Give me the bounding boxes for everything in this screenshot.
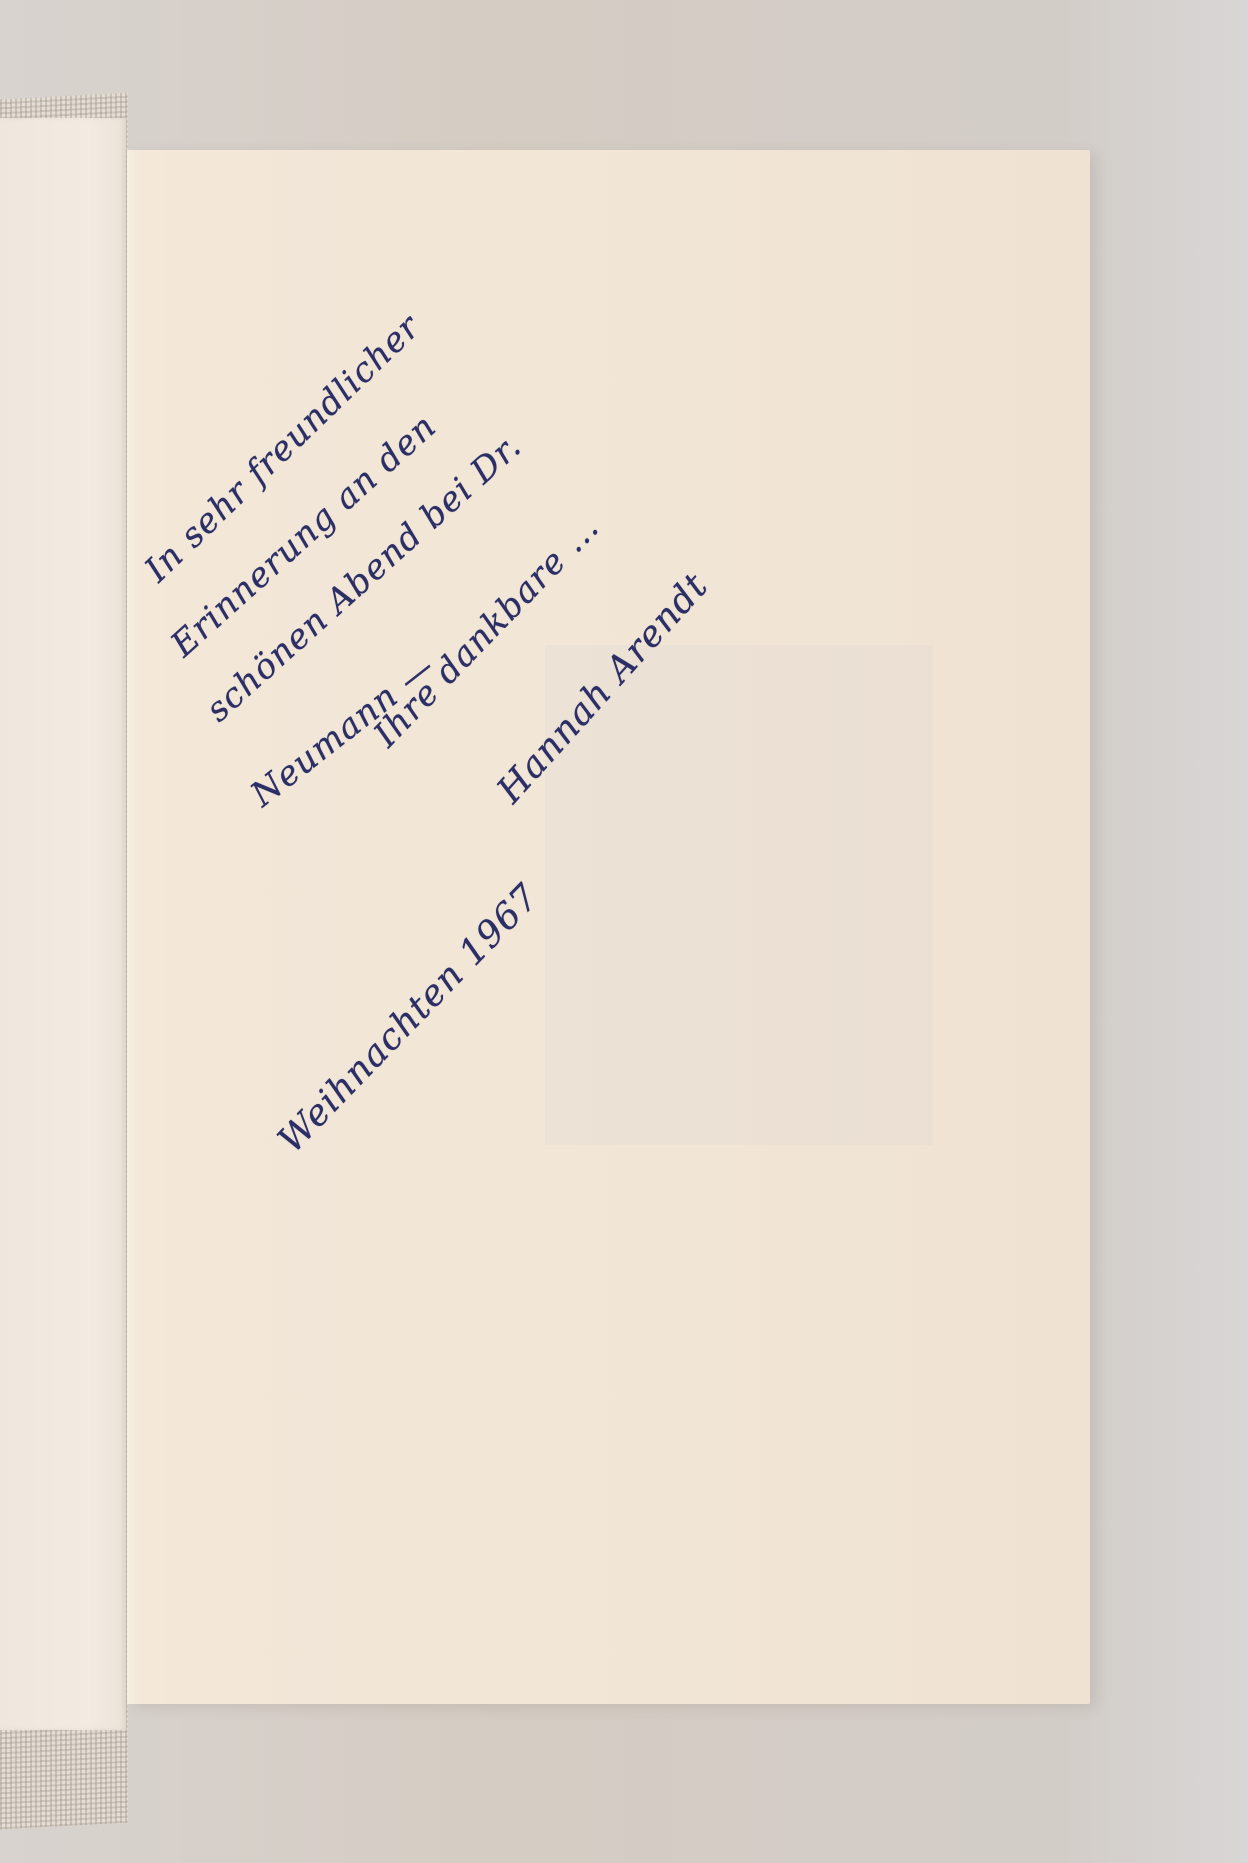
left-page	[0, 118, 126, 1730]
page-gutter	[127, 150, 141, 1704]
book-photo: In sehr freundlicher Erinnerung an den s…	[0, 0, 1248, 1863]
print-show-through	[545, 645, 933, 1145]
